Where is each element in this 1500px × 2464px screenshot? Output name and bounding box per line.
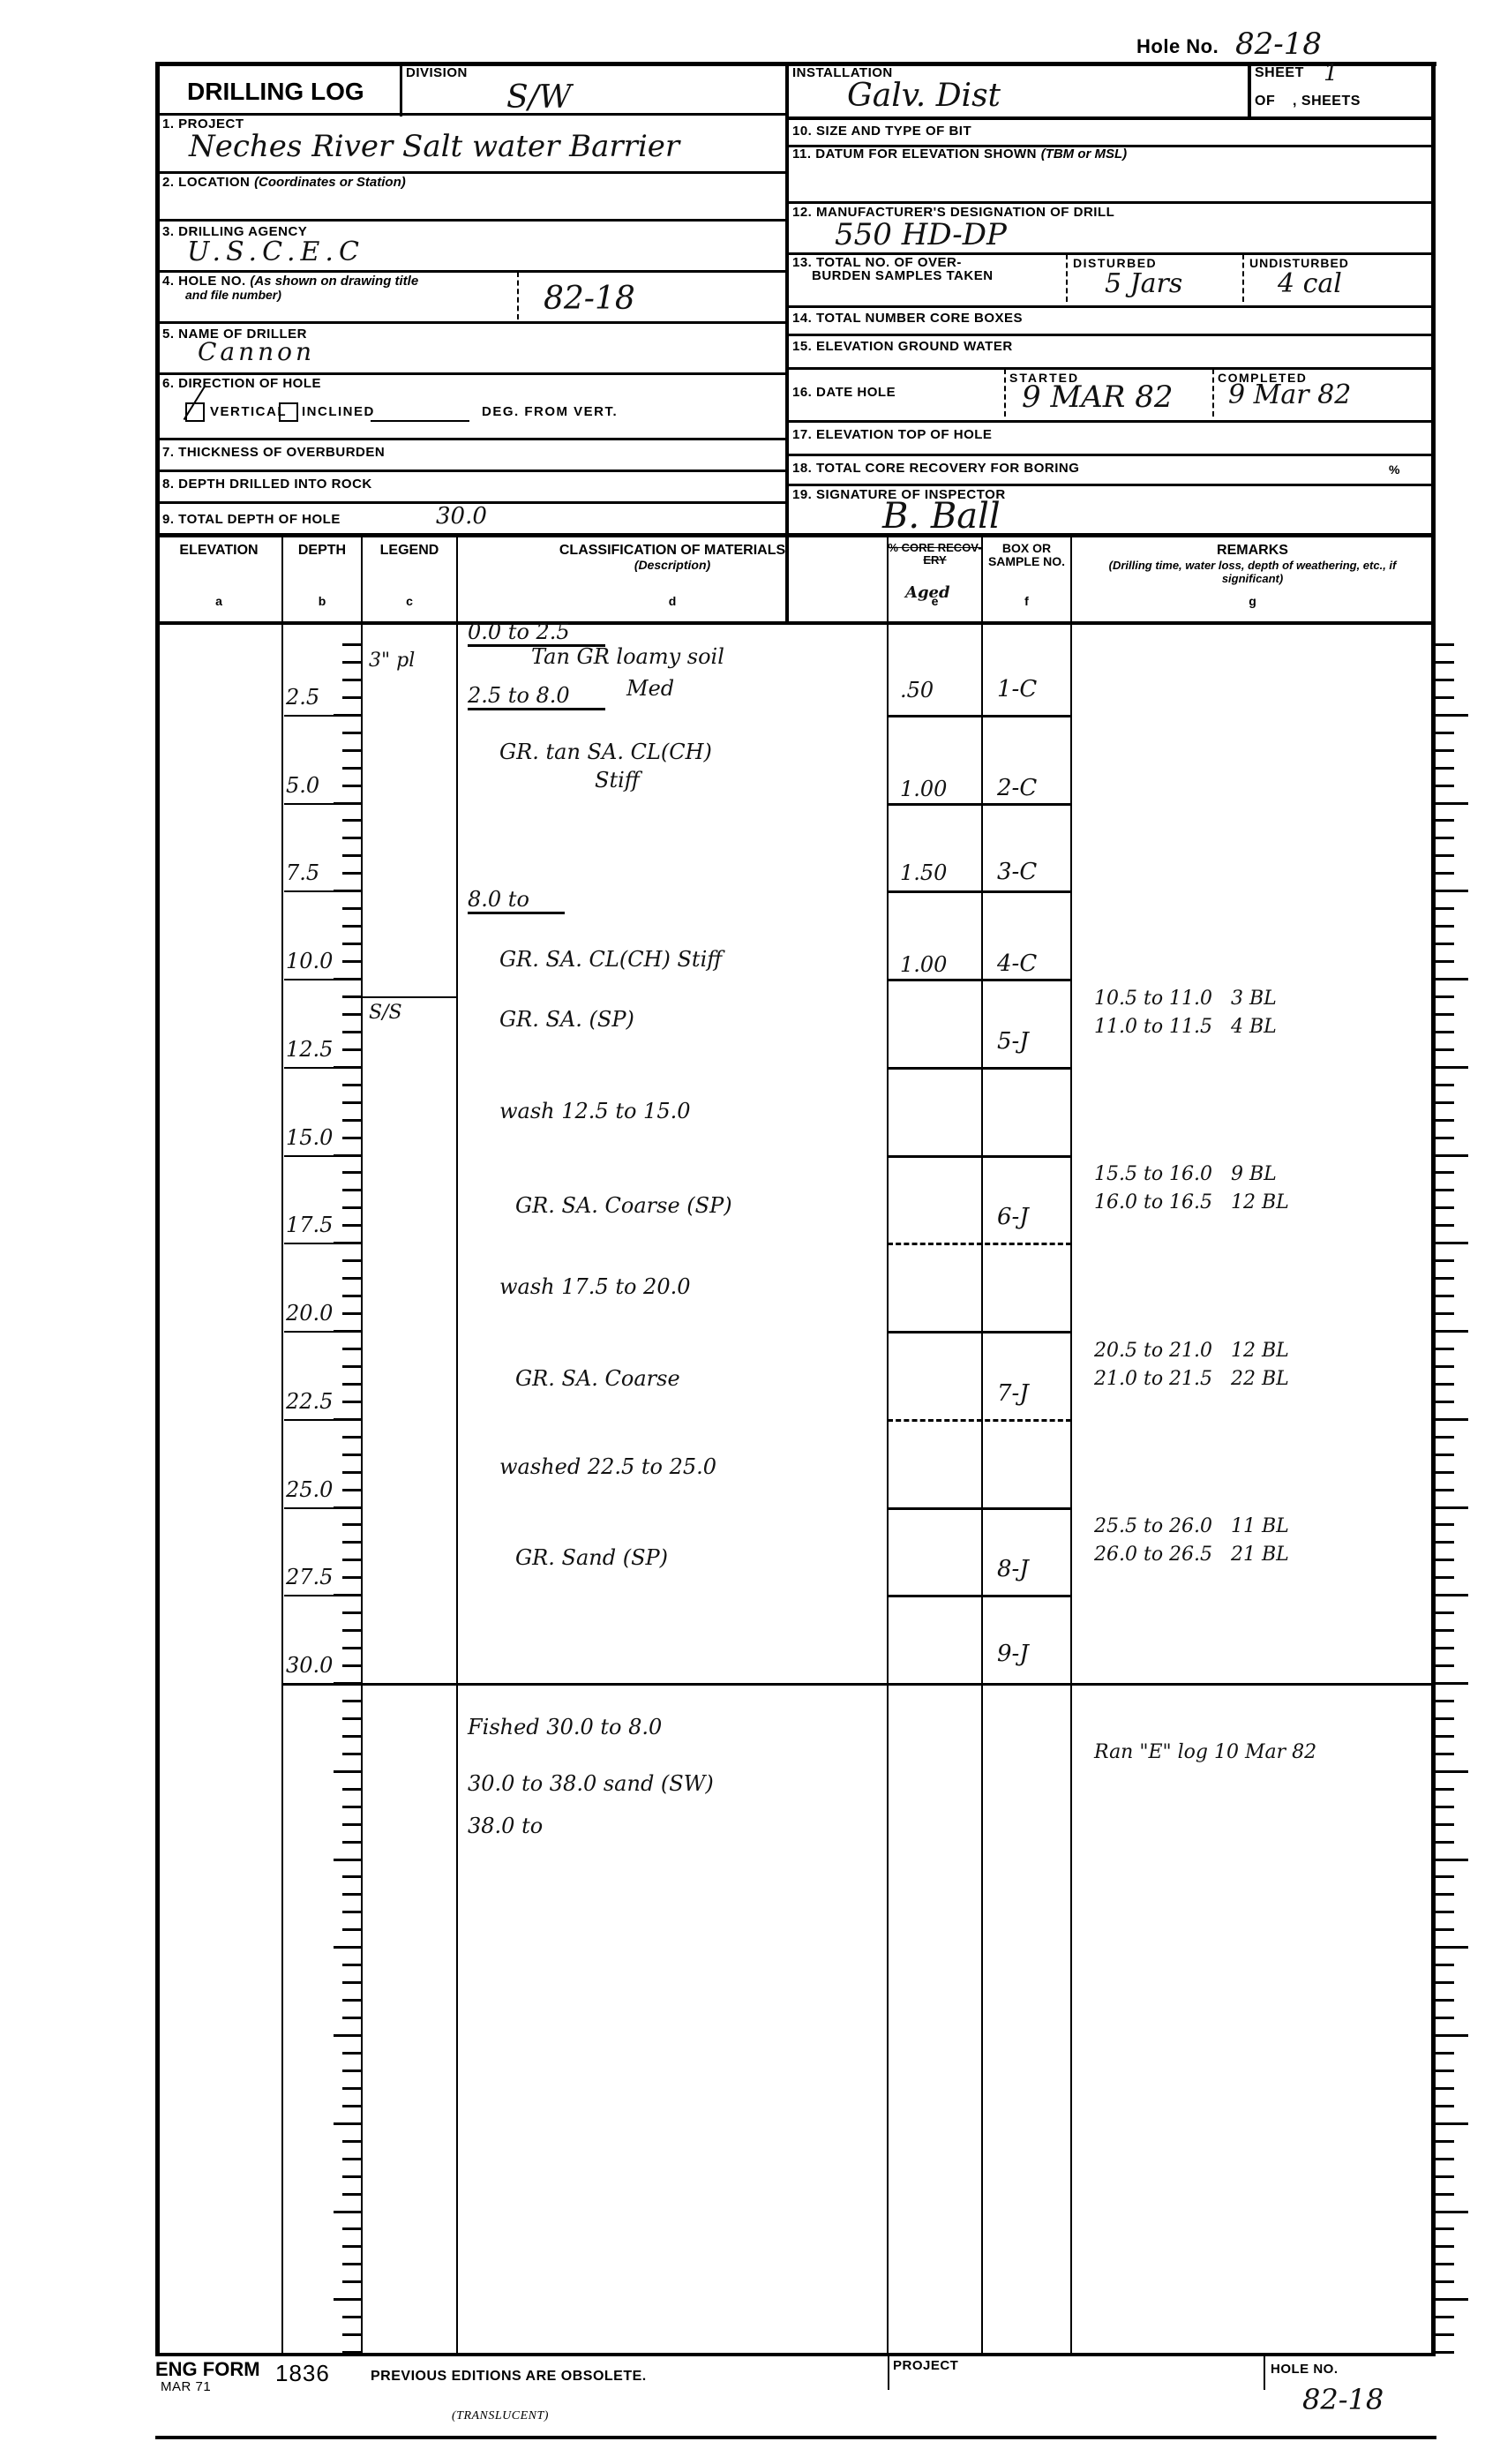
recovery-label: 18. TOTAL CORE RECOVERY FOR BORING	[792, 461, 1079, 476]
remark-entry[interactable]: 20.5 to 21.0 12 BL	[1094, 1340, 1289, 1362]
divider	[1248, 62, 1251, 118]
depth-label: 10.0	[286, 949, 333, 973]
margin-scale-tick	[1435, 1841, 1454, 1844]
core-recovery-value[interactable]: 1.00	[900, 777, 947, 801]
depth-scale-tick	[342, 2316, 362, 2318]
core-recovery-value[interactable]: .50	[900, 678, 934, 702]
margin-scale-tick	[1435, 1823, 1454, 1826]
total-depth-label: 9. TOTAL DEPTH OF HOLE	[162, 512, 341, 527]
depth-scale-tick	[342, 907, 362, 910]
column-divider	[887, 625, 889, 2353]
margin-scale-tick	[1435, 749, 1454, 752]
depth-scale-tick	[342, 1365, 362, 1368]
divider	[155, 270, 787, 273]
legend-entry: S/S	[369, 1002, 402, 1024]
margin-scale-tick	[1435, 1171, 1454, 1174]
depth-scale-tick	[342, 1206, 362, 1209]
margin-scale-tick	[1435, 2351, 1454, 2354]
divider	[1004, 369, 1006, 417]
margin-scale-tick	[1435, 1946, 1468, 1949]
form-number: 1836	[275, 2360, 330, 2387]
depth-interval-line	[284, 715, 362, 717]
depth-interval-line	[284, 1067, 362, 1069]
depth-scale-tick	[334, 2034, 362, 2037]
column-divider	[1070, 625, 1072, 2353]
depth-scale-tick	[342, 2227, 362, 2230]
depth-scale-tick	[342, 1611, 362, 1614]
margin-scale-tick	[1435, 978, 1468, 980]
depth-label: 15.0	[286, 1125, 333, 1150]
margin-scale-tick	[1435, 1717, 1454, 1720]
depth-interval-line	[284, 890, 362, 892]
margin-scale-tick	[1435, 2052, 1454, 2055]
direction-label: 6. DIRECTION OF HOLE	[162, 376, 321, 391]
depth-scale-tick	[342, 2105, 362, 2107]
margin-scale-tick	[1435, 1806, 1454, 1808]
page-bottom-rule	[155, 2436, 1436, 2439]
margin-scale-tick	[1435, 2211, 1468, 2213]
margin-scale-tick	[1435, 661, 1454, 664]
margin-scale-tick	[1435, 1664, 1454, 1667]
stratum-boundary	[362, 996, 457, 998]
column-letter: e	[888, 593, 982, 610]
depth-scale-tick	[342, 1823, 362, 1826]
margin-scale-tick	[1435, 2105, 1454, 2107]
depth-scale-tick	[342, 1383, 362, 1386]
undisturbed-value[interactable]: 4 cal	[1278, 268, 1342, 299]
margin-scale-tick	[1435, 1611, 1454, 1614]
depth-scale-tick	[342, 1576, 362, 1579]
material-description[interactable]: GR. SA. CL(CH) Stiff	[499, 947, 722, 972]
depth-scale-tick	[342, 1911, 362, 1913]
margin-scale-tick	[1435, 1454, 1454, 1456]
obsolete-note: PREVIOUS EDITIONS ARE OBSOLETE.	[371, 2369, 647, 2385]
depth-scale-tick	[342, 1454, 362, 1456]
material-description[interactable]: GR. Sand (SP)	[515, 1545, 668, 1570]
column-subtitle: (Drilling time, water loss, depth of wea…	[1071, 559, 1434, 585]
depth-scale-tick	[342, 1489, 362, 1491]
margin-scale-tick	[1435, 1541, 1454, 1544]
margin-scale-tick	[1435, 1418, 1468, 1421]
depth-scale-tick	[342, 1277, 362, 1280]
remark-entry[interactable]: 15.5 to 16.0 9 BL	[1094, 1163, 1277, 1185]
sample-number[interactable]: 2-C	[997, 775, 1037, 801]
form-title: DRILLING LOG	[187, 78, 364, 106]
degree-input-line[interactable]	[371, 420, 469, 422]
sample-interval-line	[888, 715, 1071, 717]
sample-number[interactable]: 3-C	[997, 859, 1037, 885]
depth-scale-tick	[342, 1401, 362, 1403]
table-header-top	[155, 533, 1435, 537]
margin-scale-tick	[1435, 2298, 1468, 2301]
margin-scale-tick	[1435, 1101, 1454, 1104]
divider	[155, 372, 787, 375]
margin-scale-tick	[1435, 925, 1454, 928]
depth-scale-tick	[342, 767, 362, 770]
table-header-bottom	[155, 621, 1435, 625]
depth-scale-tick	[342, 1981, 362, 1984]
depth-scale-tick	[342, 1101, 362, 1104]
inclined-label: INCLINED	[302, 404, 375, 419]
material-description[interactable]: 38.0 to	[468, 1814, 543, 1838]
sample-interval-line	[888, 1507, 1071, 1510]
depth-scale-tick	[342, 2070, 362, 2072]
divider	[400, 113, 786, 116]
column-title: DEPTH	[282, 542, 362, 559]
depth-scale-tick	[342, 1013, 362, 1016]
depth-scale-tick	[342, 661, 362, 664]
margin-scale-tick	[1435, 2333, 1454, 2336]
margin-scale-tick	[1435, 785, 1454, 787]
depth-scale-tick	[342, 837, 362, 839]
started-value[interactable]: 9 MAR 82	[1022, 379, 1173, 415]
margin-scale-tick	[1435, 2263, 1454, 2265]
margin-scale-tick	[1435, 1893, 1454, 1896]
column-divider	[281, 625, 283, 2353]
depth-scale-tick	[342, 2263, 362, 2265]
hole-number-label: Hole No.	[1136, 35, 1219, 58]
divider	[155, 219, 787, 222]
footer-project-label: PROJECT	[893, 2358, 958, 2373]
sample-number[interactable]: 7-J	[997, 1380, 1029, 1407]
depth-scale-tick	[342, 2017, 362, 2019]
depth-scale-tick	[342, 785, 362, 787]
margin-scale-tick	[1435, 1576, 1454, 1579]
material-description[interactable]: Stiff	[595, 768, 640, 793]
depth-label: 25.0	[286, 1477, 333, 1502]
material-description[interactable]: wash 17.5 to 20.0	[499, 1274, 690, 1299]
margin-scale-tick	[1435, 1629, 1454, 1632]
sample-interval-line	[888, 890, 1071, 893]
depth-scale-tick	[342, 819, 362, 822]
depth-scale-tick	[342, 1753, 362, 1755]
margin-scale-tick	[1435, 2193, 1454, 2196]
material-description[interactable]: Tan GR loamy soil	[531, 644, 724, 669]
sample-interval-line	[888, 1067, 1071, 1070]
depth-scale-tick	[342, 1788, 362, 1791]
depth-scale-tick	[342, 943, 362, 945]
remark-entry[interactable]: 16.0 to 16.5 12 BL	[1094, 1191, 1289, 1213]
divider	[400, 62, 402, 116]
footer-hole-no-value[interactable]: 82-18	[1302, 2383, 1384, 2416]
depth-scale-tick	[342, 1523, 362, 1526]
remark-entry[interactable]: 21.0 to 21.5 22 BL	[1094, 1368, 1289, 1390]
divider	[155, 321, 787, 324]
column-letter: a	[155, 593, 282, 610]
margin-scale-tick	[1435, 1875, 1454, 1878]
depth-scale-tick	[342, 872, 362, 875]
bit-label: 10. SIZE AND TYPE OF BIT	[792, 124, 971, 139]
divider	[1242, 254, 1244, 302]
margin-scale-tick	[1435, 1682, 1468, 1685]
depth-scale-tick	[342, 2140, 362, 2143]
margin-scale-tick	[1435, 1700, 1454, 1702]
margin-scale-tick	[1435, 2245, 1454, 2248]
completed-value[interactable]: 9 Mar 82	[1228, 379, 1351, 410]
depth-scale-tick	[342, 1224, 362, 1227]
material-description[interactable]: 30.0 to 38.0 sand (SW)	[468, 1771, 714, 1796]
depth-interval-line	[284, 979, 362, 980]
depth-scale-tick	[342, 1137, 362, 1139]
sample-interval-line	[888, 803, 1071, 806]
margin-scale-tick	[1435, 696, 1454, 699]
margin-scale-tick	[1435, 872, 1454, 875]
depth-scale-tick	[342, 732, 362, 734]
column-header-b: DEPTHb	[282, 542, 362, 559]
margin-scale-tick	[1435, 1365, 1454, 1368]
material-description[interactable]: GR. SA. Coarse (SP)	[515, 1193, 732, 1218]
remark-entry[interactable]: Ran "E" log 10 Mar 82	[1094, 1741, 1316, 1763]
degrees-label: DEG. FROM VERT.	[482, 404, 618, 419]
of-sheets-label: OF , SHEETS	[1255, 94, 1361, 109]
depth-scale-tick	[342, 1717, 362, 1720]
project-value[interactable]: Neches River Salt water Barrier	[189, 129, 679, 164]
margin-scale-tick	[1435, 2175, 1454, 2178]
margin-scale-tick	[1435, 1013, 1454, 1016]
depth-scale-tick	[342, 2245, 362, 2248]
margin-scale-tick	[1435, 1154, 1468, 1157]
sheet-label: SHEET	[1255, 65, 1304, 81]
margin-scale-tick	[1435, 1277, 1454, 1280]
footer-hole-no-label: HOLE NO.	[1271, 2362, 1339, 2377]
column-title: ELEVATION	[155, 542, 282, 559]
material-description[interactable]: washed 22.5 to 25.0	[499, 1454, 716, 1479]
margin-scale-tick	[1435, 1401, 1454, 1403]
margin-scale-tick	[1435, 1471, 1454, 1474]
agency-value[interactable]: U.S.C.E.C	[187, 237, 364, 267]
inclined-checkbox[interactable]	[279, 402, 298, 422]
margin-scale-tick	[1435, 1189, 1454, 1191]
depth-interval-line	[284, 1507, 362, 1509]
margin-scale-tick	[1435, 1735, 1454, 1738]
margin-scale-tick	[1435, 1911, 1454, 1913]
margin-scale-tick	[1435, 995, 1454, 998]
sample-number[interactable]: 6-J	[997, 1204, 1029, 1230]
column-header-e: % CORE RECOV- ERYAgede	[888, 542, 982, 567]
depth-scale-tick	[342, 925, 362, 928]
margin-scale-tick	[1435, 1436, 1454, 1439]
depth-label: 12.5	[286, 1037, 333, 1062]
depth-interval-line	[284, 1243, 362, 1244]
depth-scale-tick	[342, 1436, 362, 1439]
divider	[155, 171, 787, 174]
column-title: LEGEND	[362, 542, 457, 559]
divider	[155, 113, 401, 116]
core-boxes-label: 14. TOTAL NUMBER CORE BOXES	[792, 311, 1023, 326]
depth-scale-tick	[334, 1859, 362, 1861]
depth-scale-tick	[342, 1048, 362, 1051]
depth-scale-tick	[342, 2280, 362, 2283]
material-description[interactable]: wash 12.5 to 15.0	[499, 1099, 690, 1123]
margin-scale-tick	[1435, 679, 1454, 681]
divider	[787, 484, 1435, 486]
divider	[1212, 369, 1214, 417]
margin-scale-tick	[1435, 1753, 1454, 1755]
column-subtitle: (Description)	[457, 559, 888, 572]
margin-scale-tick	[1435, 2070, 1454, 2072]
divider	[787, 334, 1435, 336]
material-description[interactable]: 8.0 to	[468, 887, 565, 914]
depth-scale-tick	[342, 960, 362, 963]
overburden-label: 7. THICKNESS OF OVERBURDEN	[162, 445, 385, 460]
material-description[interactable]: GR. SA. Coarse	[515, 1366, 680, 1391]
depth-scale-tick	[342, 696, 362, 699]
margin-scale-tick	[1435, 1489, 1454, 1491]
legend-entry: 3" pl	[369, 650, 415, 672]
margin-scale-tick	[1435, 1242, 1468, 1244]
depth-scale-tick	[342, 1259, 362, 1262]
column-divider	[981, 625, 983, 2353]
core-recovery-value[interactable]: 1.50	[900, 860, 947, 885]
depth-interval-line	[284, 1419, 362, 1421]
division-value[interactable]: S/W	[506, 79, 572, 116]
total-depth-value[interactable]: 30.0	[436, 503, 487, 530]
division-label: DIVISION	[406, 65, 468, 80]
margin-scale-tick	[1435, 1383, 1454, 1386]
top-elevation-label: 17. ELEVATION TOP OF HOLE	[792, 427, 992, 442]
margin-scale-tick	[1435, 1928, 1454, 1931]
margin-scale-tick	[1435, 767, 1454, 770]
column-divider	[361, 535, 363, 623]
depth-scale-tick	[342, 1084, 362, 1086]
hole-no-value[interactable]: 82-18	[544, 281, 635, 317]
divider	[787, 454, 1435, 456]
margin-scale-tick	[1435, 2280, 1454, 2283]
depth-scale-tick	[334, 2122, 362, 2125]
margin-scale-tick	[1435, 1084, 1454, 1086]
margin-scale-tick	[1435, 1999, 1454, 2002]
margin-scale-tick	[1435, 1594, 1468, 1596]
column-letter: f	[982, 593, 1071, 610]
margin-scale-tick	[1435, 2316, 1454, 2318]
margin-scale-tick	[1435, 2140, 1454, 2143]
depth-scale-tick	[342, 1841, 362, 1844]
remark-entry[interactable]: 11.0 to 11.5 4 BL	[1094, 1016, 1277, 1038]
margin-scale-tick	[1435, 2017, 1454, 2019]
driller-value[interactable]: Cannon	[198, 337, 315, 366]
remark-entry[interactable]: 26.0 to 26.5 21 BL	[1094, 1544, 1289, 1566]
margin-scale-tick	[1435, 732, 1454, 734]
depth-interval-line	[284, 1331, 362, 1333]
depth-scale-tick	[342, 1119, 362, 1122]
material-description[interactable]: 2.5 to 8.0	[468, 683, 605, 710]
depth-scale-tick	[342, 995, 362, 998]
sample-number[interactable]: 4-C	[997, 950, 1037, 977]
margin-scale-tick	[1435, 1206, 1454, 1209]
divider	[1066, 254, 1068, 302]
sample-number[interactable]: 5-J	[997, 1028, 1029, 1055]
margin-scale-tick	[1435, 1964, 1454, 1966]
margin-scale-tick	[1435, 960, 1454, 963]
sample-interval-dashed	[888, 1419, 1071, 1422]
margin-scale-tick	[1435, 1137, 1454, 1139]
sample-number[interactable]: 8-J	[997, 1556, 1029, 1582]
depth-scale-tick	[342, 643, 362, 646]
depth-scale-tick	[342, 2158, 362, 2160]
margin-scale-tick	[1435, 1031, 1454, 1033]
depth-scale-tick	[342, 2052, 362, 2055]
depth-scale-tick	[342, 1031, 362, 1033]
margin-scale-tick	[1435, 1981, 1454, 1984]
margin-scale-tick	[1435, 819, 1454, 822]
divider	[517, 272, 519, 319]
installation-value[interactable]: Galv. Dist	[847, 78, 1001, 114]
sample-number[interactable]: 1-C	[997, 676, 1037, 702]
depth-scale-tick	[334, 1770, 362, 1773]
depth-scale-tick	[342, 1893, 362, 1896]
depth-scale-tick	[342, 1629, 362, 1632]
margin-scale-tick	[1435, 1048, 1454, 1051]
depth-scale-tick	[342, 1541, 362, 1544]
sheet-value[interactable]: 1	[1324, 60, 1339, 86]
column-title: CLASSIFICATION OF MATERIALS	[457, 542, 888, 559]
material-description[interactable]: Fished 30.0 to 8.0	[468, 1715, 662, 1739]
column-letter: b	[282, 593, 362, 610]
inspector-signature[interactable]: B. Ball	[882, 496, 1001, 537]
column-divider	[1070, 535, 1072, 623]
margin-scale-tick	[1435, 1859, 1468, 1861]
depth-scale-tick	[334, 2211, 362, 2213]
column-divider	[887, 535, 889, 623]
date-hole-label: 16. DATE HOLE	[792, 385, 896, 400]
end-of-log-line	[282, 1683, 1434, 1686]
column-letter: d	[457, 593, 888, 610]
drill-value[interactable]: 550 HD-DP	[835, 217, 1007, 252]
hole-no-hint: and file number)	[185, 288, 281, 302]
margin-scale-tick	[1435, 837, 1454, 839]
sample-interval-line	[888, 1155, 1071, 1158]
divider	[888, 2355, 889, 2390]
disturbed-value[interactable]: 5 Jars	[1105, 268, 1182, 299]
material-description[interactable]: GR. SA. (SP)	[499, 1007, 634, 1032]
depth-scale-tick	[342, 1928, 362, 1931]
remark-entry[interactable]: 25.5 to 26.0 11 BL	[1094, 1515, 1289, 1537]
depth-scale-tick	[342, 1647, 362, 1649]
depth-interval-line	[284, 1155, 362, 1157]
depth-label: 5.0	[286, 773, 319, 798]
margin-scale-tick	[1435, 907, 1454, 910]
material-description[interactable]: 0.0 to 2.5	[468, 620, 605, 647]
column-title: REMARKS	[1071, 542, 1434, 559]
form-date: MAR 71	[161, 2379, 211, 2394]
depth-scale-tick	[342, 1295, 362, 1297]
margin-scale-tick	[1435, 643, 1454, 646]
depth-scale-tick	[342, 679, 362, 681]
column-title: % CORE RECOV- ERY	[888, 542, 982, 567]
sample-number[interactable]: 9-J	[997, 1641, 1029, 1667]
depth-scale-tick	[342, 1171, 362, 1174]
margin-scale-tick	[1435, 1523, 1454, 1526]
divider	[155, 438, 787, 440]
depth-scale-tick	[342, 1875, 362, 1878]
depth-scale-tick	[342, 2087, 362, 2090]
depth-scale-tick	[342, 2193, 362, 2196]
margin-scale-tick	[1435, 2087, 1454, 2090]
core-recovery-value[interactable]: 1.00	[900, 952, 947, 977]
datum-label: 11. DATUM FOR ELEVATION SHOWN (TBM or MS…	[792, 146, 1127, 162]
material-description[interactable]: GR. tan SA. CL(CH)	[499, 740, 712, 764]
depth-scale-tick	[342, 1664, 362, 1667]
column-divider	[281, 535, 283, 623]
margin-scale-tick	[1435, 2034, 1468, 2037]
remark-entry[interactable]: 10.5 to 11.0 3 BL	[1094, 988, 1277, 1010]
column-divider	[456, 625, 458, 2353]
material-description[interactable]: Med	[626, 676, 674, 701]
depth-scale-tick	[342, 1735, 362, 1738]
depth-label: 22.5	[286, 1389, 333, 1414]
hole-no-label: 4. HOLE NO. (As shown on drawing title	[162, 274, 418, 289]
depth-label: 17.5	[286, 1213, 333, 1237]
